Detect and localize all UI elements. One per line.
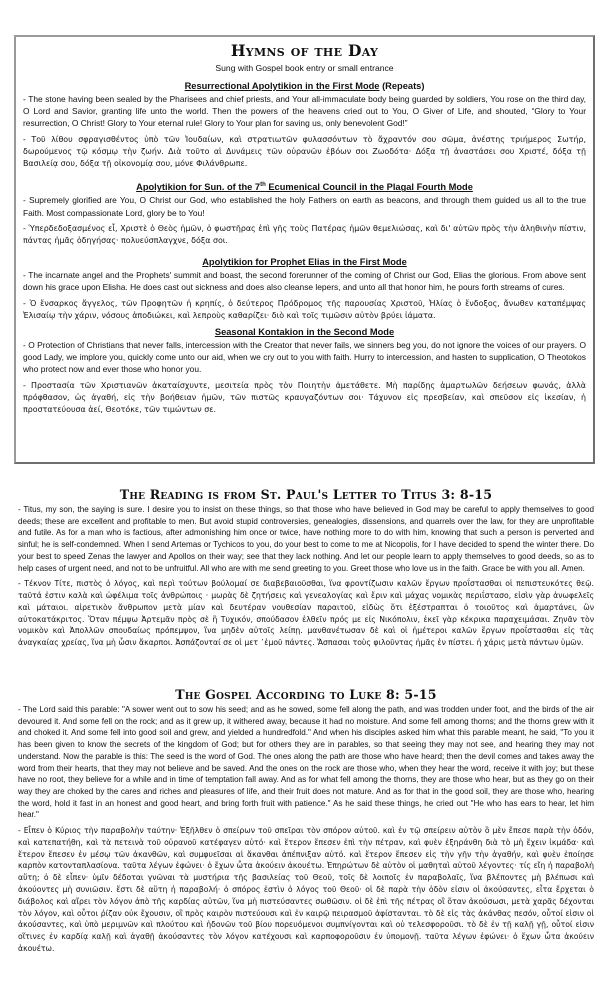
epistle-english-text: - Titus, my son, the saying is sure. I d…: [18, 504, 594, 574]
gospel-reading-title: The Gospel According to Luke 8: 5-15: [18, 687, 594, 703]
hymn-heading-resurrectional: Resurrectional Apolytikion in the First …: [23, 80, 586, 92]
hymn-greek-text: - Ὁ ἔνσαρκος ἄγγελος, τῶν Προφητῶν ἡ κρη…: [23, 298, 586, 322]
hymn-english-text: - The incarnate angel and the Prophets' …: [23, 269, 586, 293]
gospel-reading-section: The Gospel According to Luke 8: 5-15 - T…: [18, 687, 594, 959]
hymn-heading-text: Ecumenical Council in the Plagal Fourth …: [266, 182, 473, 192]
gospel-greek-text: - Εἶπεν ὁ Κύριος τὴν παραβολὴν ταύτην· Ἐ…: [18, 825, 594, 955]
epistle-reading-title: The Reading is from St. Paul's Letter to…: [18, 487, 594, 503]
hymns-of-the-day-box: Hymns of the Day Sung with Gospel book e…: [14, 35, 595, 464]
hymn-heading-ecumenical-council: Apolytikion for Sun. of the 7th Ecumenic…: [23, 179, 586, 193]
hymn-heading-text: Apolytikion for Prophet Elias in the Fir…: [202, 257, 407, 267]
hymn-greek-text: - Προστασία τῶν Χριστιανῶν ἀκαταίσχυντε,…: [23, 380, 586, 417]
hymn-heading-text: Apolytikion for Sun. of the 7: [136, 182, 260, 192]
hymn-heading-prophet-elias: Apolytikion for Prophet Elias in the Fir…: [23, 256, 586, 268]
hymn-heading-kontakion: Seasonal Kontakion in the Second Mode: [23, 326, 586, 338]
hymn-heading-note: (Repeats): [379, 81, 424, 91]
hymn-heading-text: Resurrectional Apolytikion in the First …: [185, 81, 380, 91]
gospel-english-text: - The Lord said this parable: "A sower w…: [18, 704, 594, 821]
hymn-english-text: - Supremely glorified are You, O Christ …: [23, 194, 586, 218]
hymn-english-text: - O Protection of Christians that never …: [23, 339, 586, 376]
hymn-heading-text: Seasonal Kontakion in the Second Mode: [215, 327, 394, 337]
hymns-title: Hymns of the Day: [23, 41, 586, 61]
epistle-greek-text: - Τέκνον Τίτε, πιστὸς ὁ λόγος, καὶ περὶ …: [18, 578, 594, 649]
hymns-subtitle: Sung with Gospel book entry or small ent…: [23, 62, 586, 74]
hymn-english-text: - The stone having been sealed by the Ph…: [23, 93, 586, 130]
epistle-reading-section: The Reading is from St. Paul's Letter to…: [18, 487, 594, 653]
hymn-greek-text: - Τοῦ λίθου σφραγισθέντος ὑπὸ τῶν Ἰουδαί…: [23, 134, 586, 171]
hymn-greek-text: - Ὑπερδεδοξασμένος εἶ, Χριστὲ ὁ Θεὸς ἡμῶ…: [23, 223, 586, 247]
